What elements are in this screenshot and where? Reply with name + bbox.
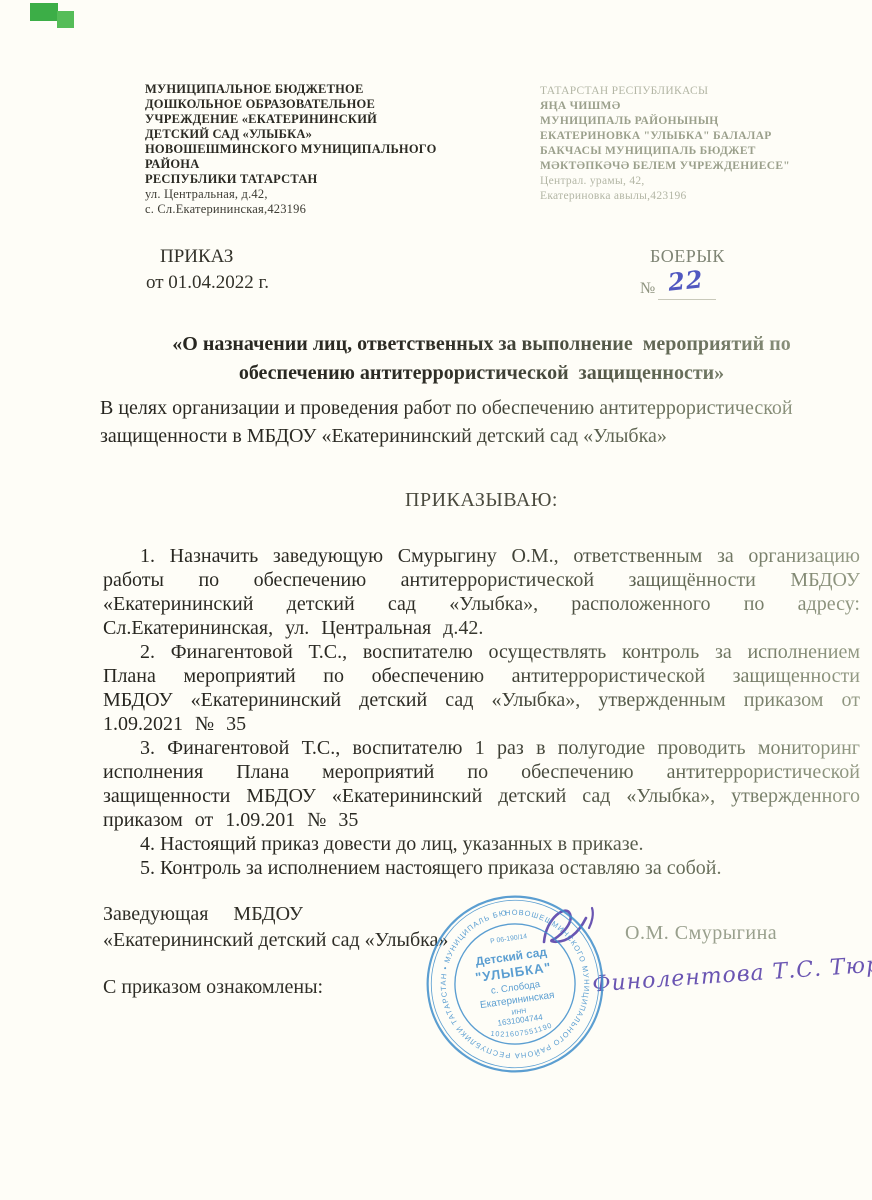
letterhead-tatar: ТАТАРСТАН РЕСПУБЛИКАСЫ ЯҢА ЧИШМӘ МУНИЦИП… — [540, 84, 850, 204]
letterhead-line: МУНИЦИПАЛЬ РАЙОНЫНЫҢ — [540, 114, 850, 129]
letterhead-address-line: Екатериновка авылы,423196 — [540, 189, 850, 204]
scan-artifact-green — [57, 11, 74, 28]
signatory-name: О.М. Смурыгина — [625, 922, 777, 945]
order-word-tatar: БОЕРЫК — [650, 246, 725, 267]
order-word-russian: ПРИКАЗ — [160, 246, 233, 268]
letterhead-russian: МУНИЦИПАЛЬНОЕ БЮДЖЕТНОЕ ДОШКОЛЬНОЕ ОБРАЗ… — [145, 82, 505, 217]
letterhead-line: МӘКТӘПКӘЧӘ БЕЛЕМ УЧРЕЖДЕНИЕСЕ" — [540, 159, 850, 174]
signatory-role-line1: Заведующая МБДОУ — [103, 903, 303, 926]
letterhead-line: МУНИЦИПАЛЬНОЕ БЮДЖЕТНОЕ — [145, 82, 505, 97]
acknowledgement-handwritten-signature: Финолентова Т.С. Тюрина — [591, 952, 872, 998]
letterhead-address-line: ул. Центральная, д.42, — [145, 187, 505, 202]
order-date: от 01.04.2022 г. — [146, 272, 269, 294]
order-item-1: 1. Назначить заведующую Смурыгину О.М., … — [103, 544, 860, 640]
letterhead-line: ТАТАРСТАН РЕСПУБЛИКАСЫ — [540, 84, 850, 99]
letterhead-line: ЕКАТЕРИНОВКА "УЛЫБКА" БАЛАЛАР — [540, 129, 850, 144]
letterhead-line: РАЙОНА — [145, 157, 505, 172]
signatory-role-line2: «Екатерининский детский сад «Улыбка» — [103, 929, 448, 952]
order-item-2: 2. Финагентовой Т.С., воспитателю осущес… — [103, 640, 860, 736]
letterhead-line: РЕСПУБЛИКИ ТАТАРСТАН — [145, 172, 505, 187]
order-number-line — [658, 299, 716, 300]
order-number-handwritten: 22 — [667, 264, 705, 297]
letterhead-line: ДОШКОЛЬНОЕ ОБРАЗОВАТЕЛЬНОЕ — [145, 97, 505, 112]
order-items: 1. Назначить заведующую Смурыгину О.М., … — [103, 544, 860, 880]
order-item-5: 5. Контроль за исполнением настоящего пр… — [103, 856, 860, 880]
letterhead-line: НОВОШЕШМИНСКОГО МУНИЦИПАЛЬНОГО — [145, 142, 505, 157]
document-title: «О назначении лиц, ответственных за выпо… — [103, 330, 860, 388]
stamp-code: Р 06-190/14 — [490, 933, 528, 945]
letterhead-address-line: с. Сл.Екатерининская,423196 — [145, 202, 505, 217]
scanned-order-document: МУНИЦИПАЛЬНОЕ БЮДЖЕТНОЕ ДОШКОЛЬНОЕ ОБРАЗ… — [0, 0, 872, 1200]
letterhead-line: УЧРЕЖДЕНИЕ «ЕКАТЕРИНИНСКИЙ — [145, 112, 505, 127]
resolution-heading: ПРИКАЗЫВАЮ: — [103, 489, 860, 512]
order-item-3: 3. Финагентовой Т.С., воспитателю 1 раз … — [103, 736, 860, 832]
document-title-text: «О назначении лиц, ответственных за выпо… — [137, 330, 827, 388]
letterhead-line: БАКЧАСЫ МУНИЦИПАЛЬ БЮДЖЕТ — [540, 144, 850, 159]
acknowledgement-label: С приказом ознакомлены: — [103, 976, 323, 999]
letterhead-address-line: Централ. урамы, 42, — [540, 174, 850, 189]
official-round-stamp: НОВОШЕШМИНСКОГО МУНИЦИПАЛЬНОГО РАЙОНА РЕ… — [412, 881, 618, 1087]
intro-paragraph: В целях организации и проведения работ п… — [100, 395, 815, 450]
scan-artifact-green — [30, 3, 58, 21]
letterhead-line: ДЕТСКИЙ САД «УЛЫБКА» — [145, 127, 505, 142]
letterhead-line: ЯҢА ЧИШМӘ — [540, 99, 850, 114]
order-item-4: 4. Настоящий приказ довести до лиц, указ… — [103, 832, 860, 856]
order-number-sign: № — [640, 280, 655, 298]
